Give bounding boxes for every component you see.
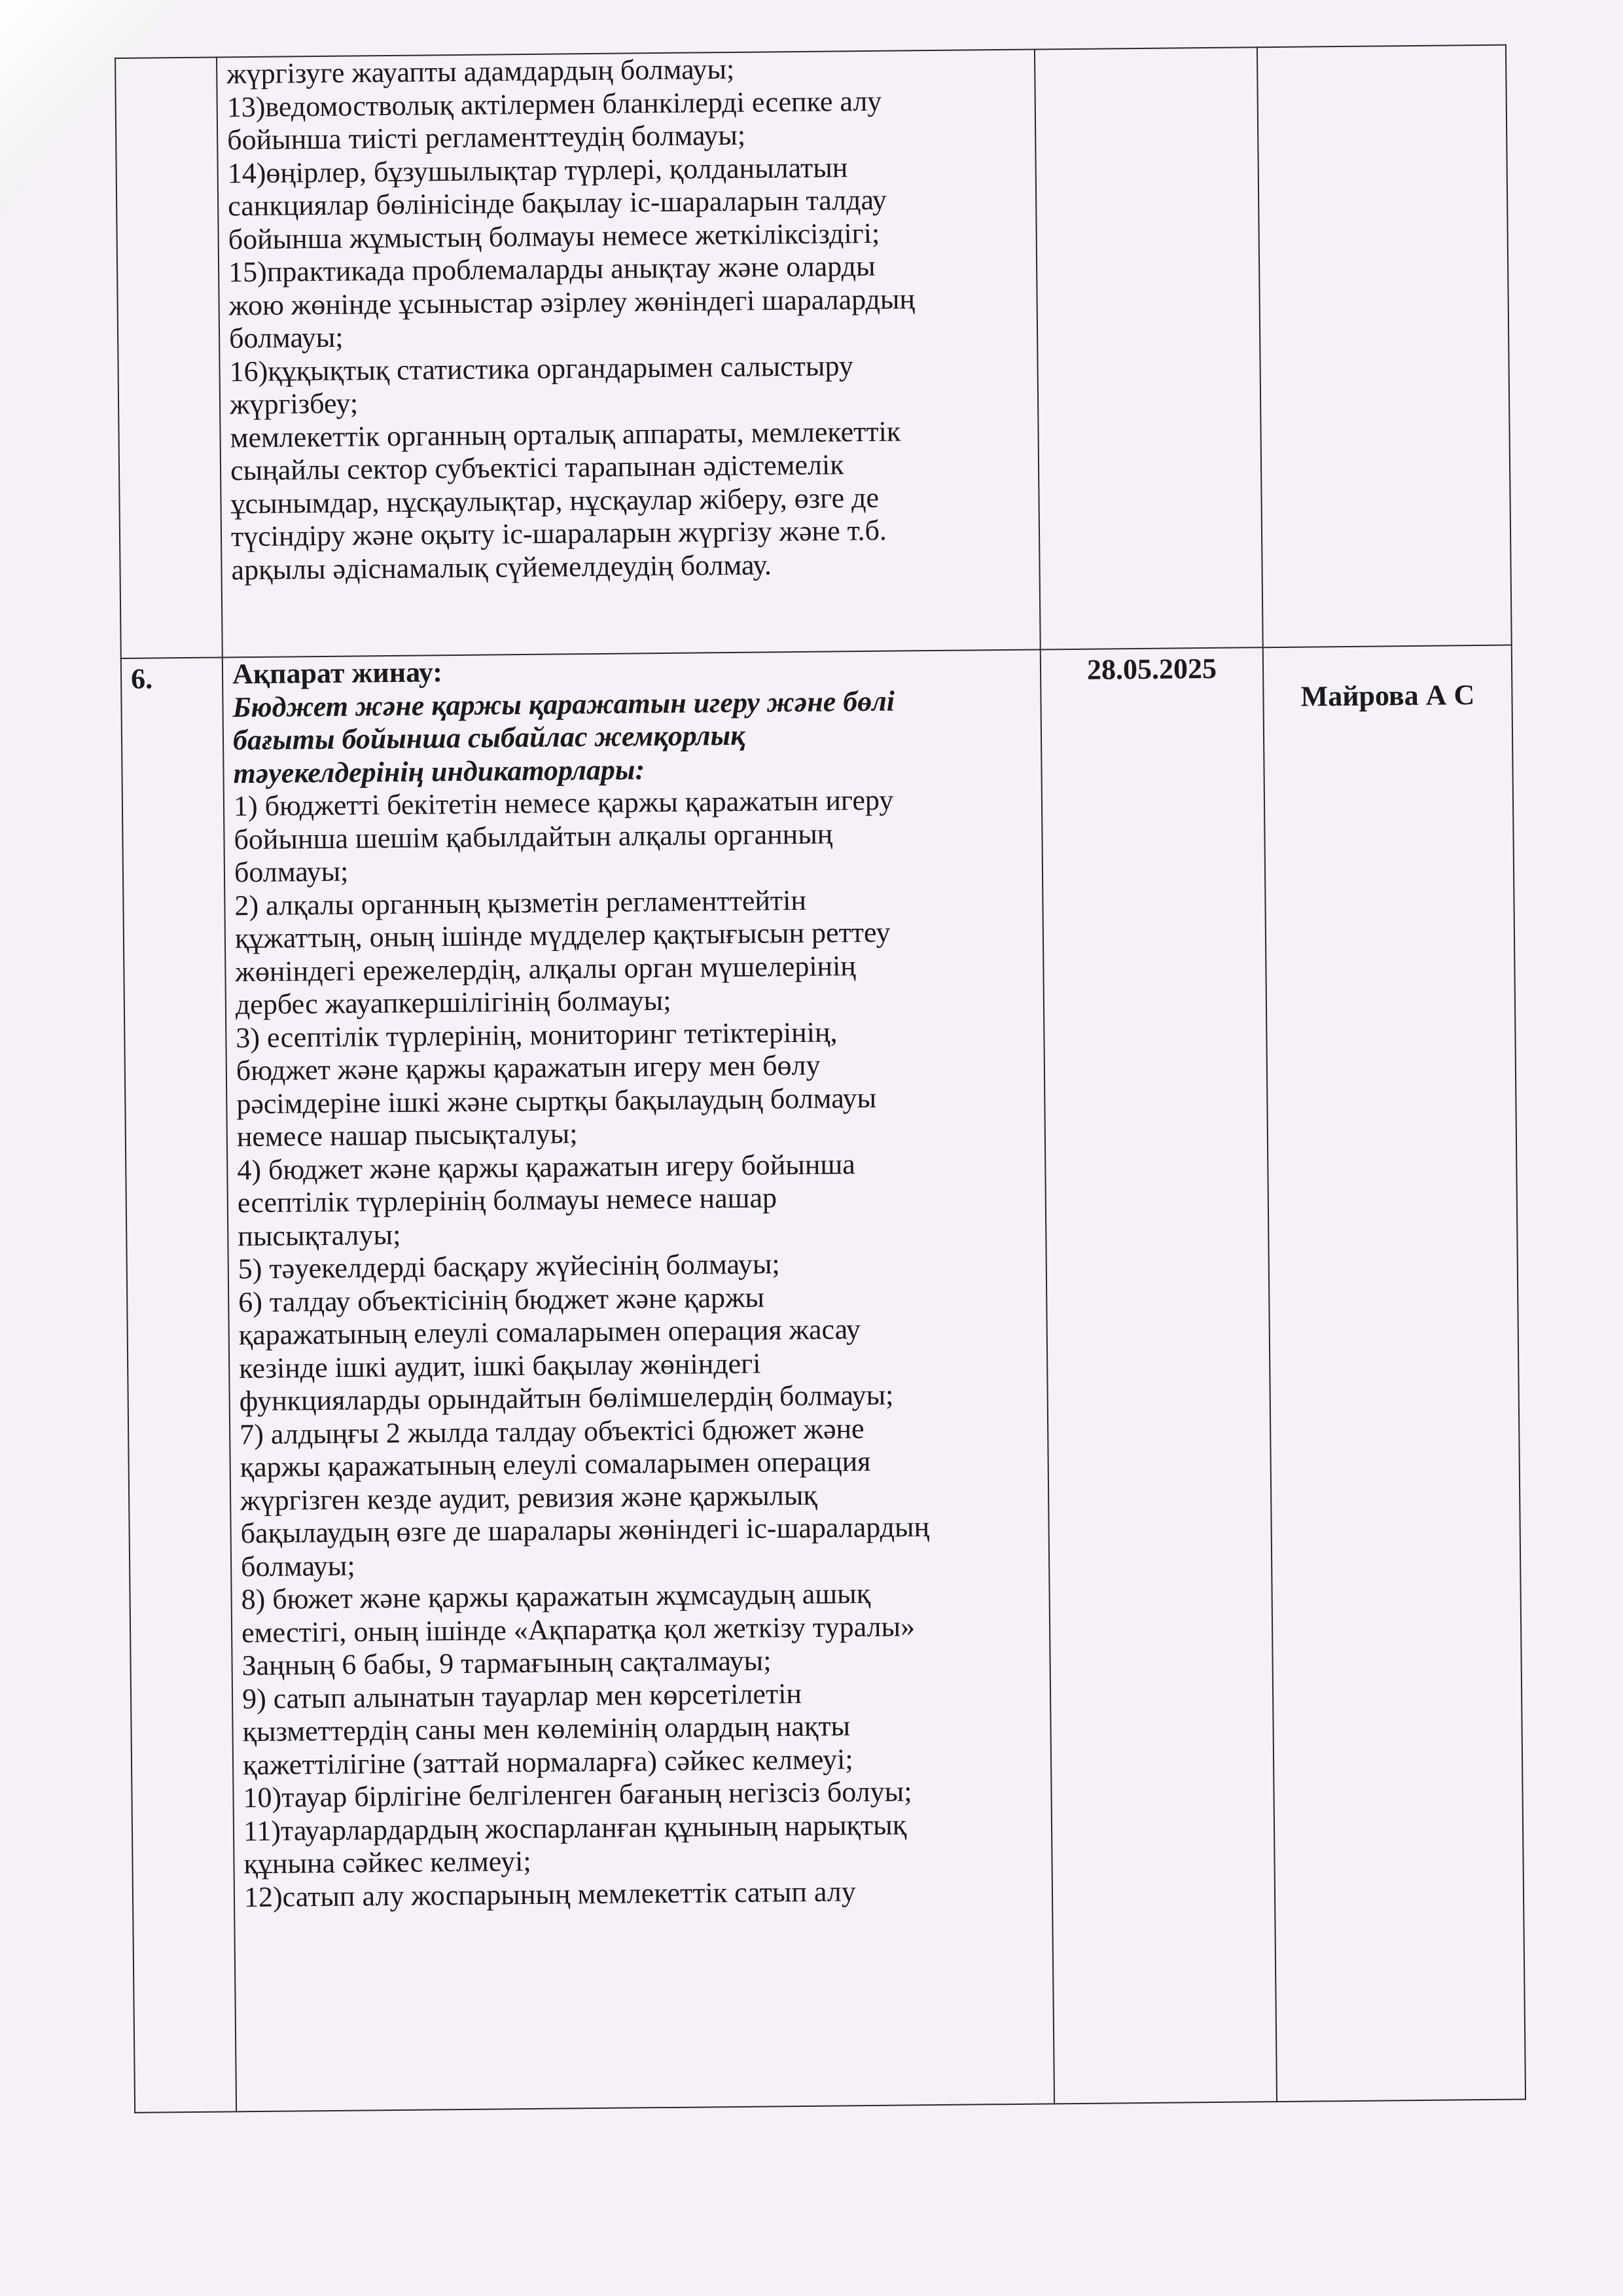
indicator-subheading: Бюджет және қаржы қаражатын игеру және б… [232, 683, 1031, 790]
indicator-list: 1) бюджетті бекітетін немесе қаржы қараж… [234, 783, 1043, 1914]
table-row: жүргізуге жауапты адамдардың болмауы;13)… [115, 45, 1512, 658]
row-responsible-cell [1257, 45, 1512, 648]
row-description-cell: жүргізуге жауапты адамдардың болмауы;13)… [217, 50, 1041, 658]
row-number-cell: 6. [121, 657, 236, 2112]
plan-table: жүргізуге жауапты адамдардың болмауы;13)… [115, 45, 1526, 2113]
row-date-cell [1035, 47, 1263, 649]
row-date-cell: 28.05.2025 [1041, 647, 1277, 2104]
table-row: 6. Ақпарат жинау: Бюджет және қаржы қара… [121, 645, 1525, 2113]
row-responsible-cell: Майрова А С [1263, 645, 1525, 2102]
row-description-cell: Ақпарат жинау: Бюджет және қаржы қаражат… [223, 649, 1054, 2111]
row-number-cell [115, 58, 223, 658]
